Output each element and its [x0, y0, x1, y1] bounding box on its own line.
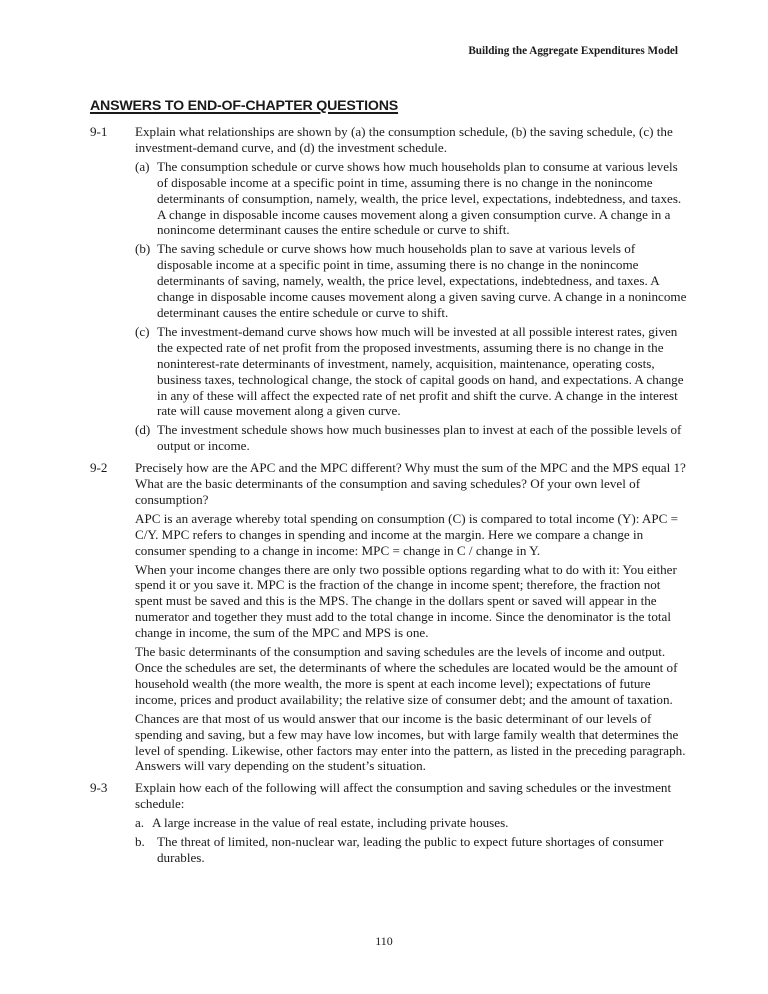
- question-9-3: 9-3 Explain how each of the following wi…: [90, 780, 690, 869]
- answer-item: (d) The investment schedule shows how mu…: [135, 422, 690, 454]
- item-label: a.: [135, 815, 152, 831]
- answer-label: (c): [135, 324, 157, 419]
- question-number: 9-2: [90, 460, 135, 476]
- question-9-1: 9-1 Explain what relationships are shown…: [90, 124, 690, 457]
- question-content: Explain what relationships are shown by …: [135, 124, 690, 457]
- item-label: b.: [135, 834, 157, 866]
- section-heading: ANSWERS TO END-OF-CHAPTER QUESTIONS: [90, 98, 398, 114]
- answer-text: The investment schedule shows how much b…: [157, 422, 690, 454]
- question-prompt: Explain how each of the following will a…: [135, 780, 690, 812]
- question-9-2: 9-2 Precisely how are the APC and the MP…: [90, 460, 690, 777]
- answer-paragraph: APC is an average whereby total spending…: [135, 511, 690, 559]
- answer-text: The investment-demand curve shows how mu…: [157, 324, 690, 419]
- answer-item: (c) The investment-demand curve shows ho…: [135, 324, 690, 419]
- answer-paragraph: Chances are that most of us would answer…: [135, 711, 690, 775]
- answer-item: (b) The saving schedule or curve shows h…: [135, 241, 690, 321]
- answer-paragraph: When your income changes there are only …: [135, 562, 690, 642]
- answer-label: (a): [135, 159, 157, 239]
- question-prompt: Precisely how are the APC and the MPC di…: [135, 460, 690, 508]
- running-header: Building the Aggregate Expenditures Mode…: [468, 45, 678, 57]
- answer-text: The saving schedule or curve shows how m…: [157, 241, 690, 321]
- question-content: Explain how each of the following will a…: [135, 780, 690, 869]
- question-number: 9-1: [90, 124, 135, 140]
- questions-list: 9-1 Explain what relationships are shown…: [90, 124, 690, 872]
- answer-text: The consumption schedule or curve shows …: [157, 159, 690, 239]
- question-item: b. The threat of limited, non-nuclear wa…: [135, 834, 690, 866]
- answer-item: (a) The consumption schedule or curve sh…: [135, 159, 690, 239]
- question-number: 9-3: [90, 780, 135, 796]
- page-number: 110: [0, 934, 768, 949]
- question-item: a. A large increase in the value of real…: [135, 815, 690, 831]
- answer-label: (b): [135, 241, 157, 321]
- item-text: A large increase in the value of real es…: [152, 815, 690, 831]
- answer-paragraph: The basic determinants of the consumptio…: [135, 644, 690, 708]
- question-content: Precisely how are the APC and the MPC di…: [135, 460, 690, 777]
- item-text: The threat of limited, non-nuclear war, …: [157, 834, 690, 866]
- question-prompt: Explain what relationships are shown by …: [135, 124, 690, 156]
- answer-label: (d): [135, 422, 157, 454]
